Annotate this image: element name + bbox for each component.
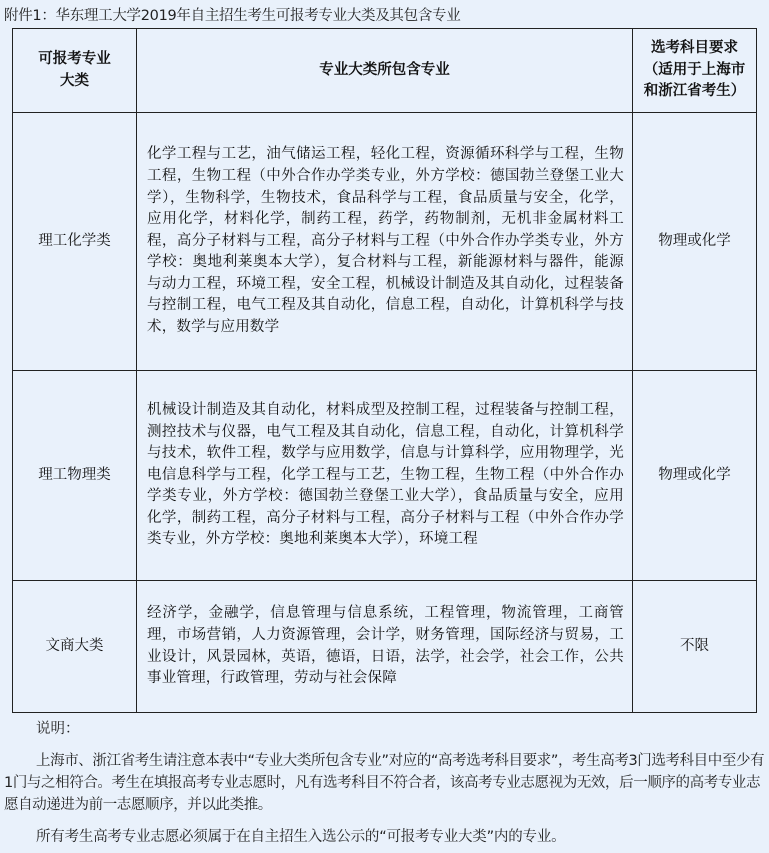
header-requirement: 选考科目要求（适用于上海市和浙江省考生） [633, 29, 757, 113]
table-row: 理工化学类 化学工程与工艺，油气储运工程，轻化工程，资源循环科学与工程，生物工程… [13, 113, 757, 371]
requirement-cell: 物理或化学 [633, 371, 757, 581]
majors-cell: 经济学，金融学，信息管理与信息系统，工程管理，物流管理，工商管理，市场营销，人力… [137, 581, 633, 713]
majors-cell: 化学工程与工艺，油气储运工程，轻化工程，资源循环科学与工程，生物工程，生物工程（… [137, 113, 633, 371]
notes-section: 说明： 上海市、浙江省考生请注意本表中“专业大类所包含专业”对应的“高考选考科目… [4, 718, 766, 848]
category-cell: 理工化学类 [13, 113, 137, 371]
notes-label: 说明： [4, 718, 766, 740]
requirement-cell: 不限 [633, 581, 757, 713]
majors-table: 可报考专业大类 专业大类所包含专业 选考科目要求（适用于上海市和浙江省考生） 理… [12, 28, 757, 713]
requirement-cell: 物理或化学 [633, 113, 757, 371]
document-caption: 附件1：华东理工大学2019年自主招生考生可报考专业大类及其包含专业 [4, 6, 460, 26]
notes-paragraph: 上海市、浙江省考生请注意本表中“专业大类所包含专业”对应的“高考选考科目要求”，… [4, 750, 766, 816]
table-row: 文商大类 经济学，金融学，信息管理与信息系统，工程管理，物流管理，工商管理，市场… [13, 581, 757, 713]
notes-paragraph: 所有考生高考专业志愿必须属于在自主招生入选公示的“可报考专业大类”内的专业。 [4, 826, 766, 848]
header-majors: 专业大类所包含专业 [137, 29, 633, 113]
category-cell: 理工物理类 [13, 371, 137, 581]
majors-cell: 机械设计制造及其自动化，材料成型及控制工程，过程装备与控制工程，测控技术与仪器，… [137, 371, 633, 581]
header-category: 可报考专业大类 [13, 29, 137, 113]
table-row: 理工物理类 机械设计制造及其自动化，材料成型及控制工程，过程装备与控制工程，测控… [13, 371, 757, 581]
category-cell: 文商大类 [13, 581, 137, 713]
table-header-row: 可报考专业大类 专业大类所包含专业 选考科目要求（适用于上海市和浙江省考生） [13, 29, 757, 113]
